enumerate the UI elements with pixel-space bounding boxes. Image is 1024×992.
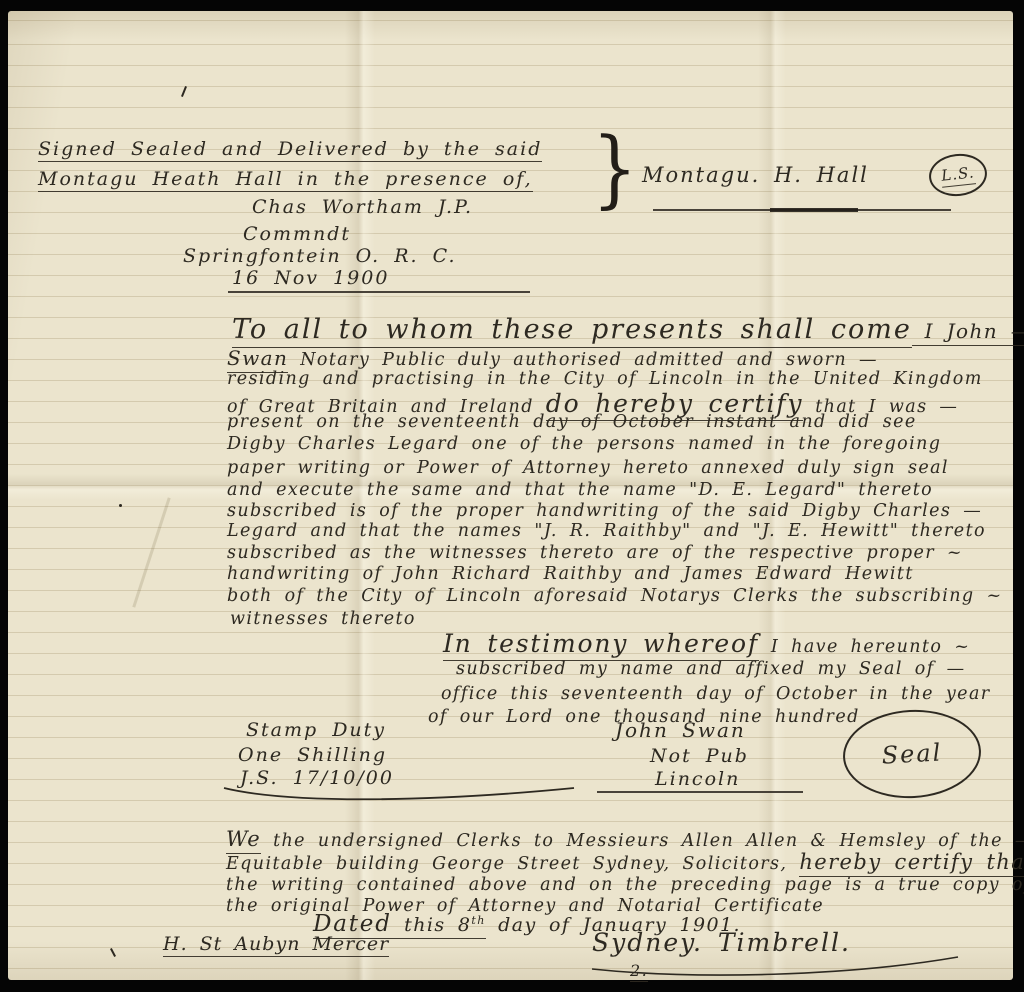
certificate-line-8: and execute the same and that the name "…: [227, 482, 933, 500]
certificate-line-13: both of the City of Lincoln aforesaid No…: [227, 588, 1003, 606]
principal-signature: Montagu. H. Hall: [642, 165, 869, 186]
hereby-certify-that: hereby certify that: [799, 850, 1024, 877]
certificate-line-10: Legard and that the names "J. R. Raithby…: [227, 523, 986, 541]
testimonium-line-2: subscribed my name and affixed my Seal o…: [456, 661, 966, 679]
attestation-line-2: Montagu Heath Hall in the presence of,: [38, 170, 533, 192]
ink-dot: [119, 504, 122, 507]
seal-label: Seal: [881, 738, 943, 769]
attestation-underline-rule: [228, 291, 530, 293]
certificate-line-6: Digby Charles Legard one of the persons …: [227, 436, 941, 454]
stamp-duty-line-2: One Shilling: [238, 746, 387, 765]
certificate-line-14: witnesses thereto: [230, 611, 416, 629]
in-testimony-whereof: In testimony whereof: [443, 629, 759, 661]
certificate-line-1: To all to whom these presents shall come…: [232, 316, 1024, 343]
clerks-certificate-line-2: Equitable building George Street Sydney,…: [226, 852, 1024, 874]
testimonium-line-1: In testimony whereof I have hereunto ~: [443, 631, 970, 657]
clerks-certificate-line-1: We the undersigned Clerks to Messieurs A…: [226, 829, 1024, 851]
notary-signature-place: Lincoln: [655, 770, 740, 789]
certificate-line-11: subscribed as the witnesses thereto are …: [227, 545, 963, 563]
signature-line-heavy-segment: [770, 208, 858, 212]
clerk-signature-left: H. St Aubyn Mercer: [163, 935, 389, 957]
clerk-signature-right: Sydney. Timbrell.: [592, 930, 851, 955]
notary-signature-title: Not Pub: [650, 747, 749, 766]
attestation-date: 16 Nov 1900: [232, 269, 389, 288]
testimonium-line-3: office this seventeenth day of October i…: [441, 686, 991, 704]
certificate-line-9: subscribed is of the proper handwriting …: [227, 503, 982, 521]
certificate-line-7: paper writing or Power of Attorney heret…: [227, 460, 949, 478]
scanned-document-page: Signed Sealed and Delivered by the said …: [0, 0, 1024, 992]
attestation-witness: Chas Wortham J.P.: [252, 198, 473, 217]
notary-signature-rule: [597, 791, 803, 793]
certificate-line-2: Swan Notary Public duly authorised admit…: [227, 348, 878, 370]
certificate-line-12: handwriting of John Richard Raithby and …: [227, 566, 914, 584]
certificate-line-3: residing and practising in the City of L…: [227, 371, 983, 389]
flourish-underline: [220, 782, 580, 806]
notary-signature-name: John Swan: [615, 720, 746, 740]
page-number: 2.: [630, 963, 648, 982]
ls-label: L.S.: [940, 163, 975, 187]
certificate-line-5: present on the seventeenth day of Octobe…: [227, 414, 917, 432]
attestation-line-1: Signed Sealed and Delivered by the said: [38, 140, 542, 162]
attestation-witness-title: Commndt: [243, 225, 351, 244]
attestation-place: Springfontein O. R. C.: [183, 247, 457, 266]
attestation-brace: }: [592, 126, 637, 210]
stamp-duty-line-1: Stamp Duty: [246, 721, 386, 740]
clerks-certificate-line-3: the writing contained above and on the p…: [226, 877, 1024, 895]
certificate-opening-words: To all to whom these presents shall come: [232, 314, 912, 348]
